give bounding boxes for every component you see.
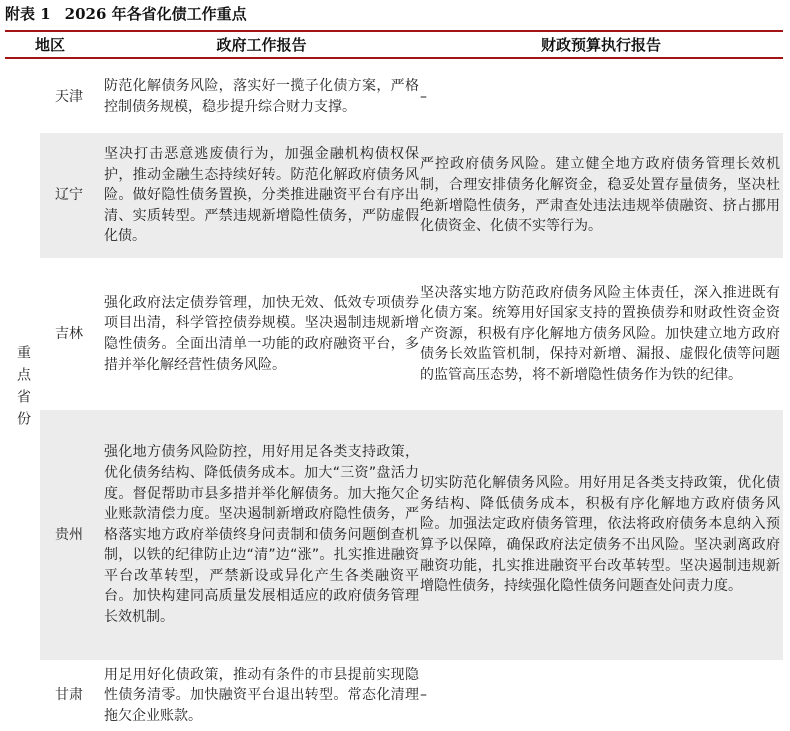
region-name: 辽宁 (55, 185, 83, 206)
table-row: 吉林 强化政府法定债券管理，加快无效、低效专项债券项目出清，科学管控债券规模。坚… (40, 258, 783, 410)
fiscal-report-text: – (420, 87, 427, 108)
region-name: 吉林 (55, 324, 83, 345)
region-cell: 贵州 (40, 410, 98, 660)
gov-report-text: 用足用好化债政策，推动有条件的市县提前实现隐性债务清零。加快融资平台退出转型。常… (104, 665, 419, 727)
fiscal-report-cell: – (420, 61, 780, 133)
region-cell: 天津 (40, 61, 98, 133)
region-cell: 甘肃 (40, 660, 98, 731)
gov-report-cell: 强化政府法定债券管理，加快无效、低效专项债券项目出清，科学管控债券规模。坚决遏制… (104, 258, 419, 410)
column-header-fiscal-report: 财政预算执行报告 (420, 34, 782, 56)
table-row: 贵州 强化地方债务风险防控，用好用足各类支持政策，优化债务结构、降低债务成本。加… (40, 410, 783, 660)
region-name: 天津 (55, 87, 83, 108)
region-cell: 辽宁 (40, 133, 98, 258)
group-label-key-provinces: 重点省份 (10, 345, 34, 433)
table-row: 甘肃 用足用好化债政策，推动有条件的市县提前实现隐性债务清零。加快融资平台退出转… (40, 660, 783, 731)
gov-report-cell: 用足用好化债政策，推动有条件的市县提前实现隐性债务清零。加快融资平台退出转型。常… (104, 660, 419, 731)
table-number: 附表 1 (5, 5, 51, 23)
table-title: 附表 12026 年各省化债工作重点 (5, 4, 247, 24)
fiscal-report-text: 严控政府债务风险。建立健全地方政府债务管理长效机制，合理安排债务化解资金，稳妥处… (420, 154, 780, 236)
fiscal-report-cell: 严控政府债务风险。建立健全地方政府债务管理长效机制，合理安排债务化解资金，稳妥处… (420, 133, 780, 258)
region-name: 甘肃 (55, 685, 83, 706)
fiscal-report-text: 坚决落实地方防范政府债务风险主体责任，深入推进既有化债方案。统筹用好国家支持的置… (420, 283, 780, 386)
gov-report-cell: 防范化解债务风险，落实好一揽子化债方案，严格控制债务规模，稳步提升综合财力支撑。 (104, 61, 419, 133)
table-row: 天津 防范化解债务风险，落实好一揽子化债方案，严格控制债务规模，稳步提升综合财力… (40, 61, 783, 133)
region-name: 贵州 (55, 525, 83, 546)
gov-report-text: 防范化解债务风险，落实好一揽子化债方案，严格控制债务规模，稳步提升综合财力支撑。 (104, 76, 419, 117)
fiscal-report-cell: 切实防范化解债务风险。用好用足各类支持政策，优化债务结构、降低债务成本，积极有序… (420, 410, 780, 660)
column-header-region: 地区 (20, 34, 80, 56)
gov-report-text: 坚决打击恶意逃废债行为，加强金融机构债权保护，推动金融生态持续好转。防范化解政府… (104, 144, 419, 247)
table-title-text: 2026 年各省化债工作重点 (65, 5, 247, 23)
header-bottom-rule (5, 57, 783, 59)
table-row: 辽宁 坚决打击恶意逃废债行为，加强金融机构债权保护，推动金融生态持续好转。防范化… (40, 133, 783, 258)
gov-report-text: 强化地方债务风险防控，用好用足各类支持政策，优化债务结构、降低债务成本。加大“三… (104, 442, 419, 627)
header-top-rule (5, 30, 783, 32)
fiscal-report-cell: 坚决落实地方防范政府债务风险主体责任，深入推进既有化债方案。统筹用好国家支持的置… (420, 258, 780, 410)
gov-report-cell: 坚决打击恶意逃废债行为，加强金融机构债权保护，推动金融生态持续好转。防范化解政府… (104, 133, 419, 258)
fiscal-report-text: 切实防范化解债务风险。用好用足各类支持政策，优化债务结构、降低债务成本，积极有序… (420, 473, 780, 597)
region-cell: 吉林 (40, 258, 98, 410)
gov-report-text: 强化政府法定债券管理，加快无效、低效专项债券项目出清，科学管控债券规模。坚决遏制… (104, 293, 419, 375)
fiscal-report-cell: – (420, 660, 780, 731)
column-header-gov-report: 政府工作报告 (104, 34, 419, 56)
fiscal-report-text: – (420, 685, 427, 706)
gov-report-cell: 强化地方债务风险防控，用好用足各类支持政策，优化债务结构、降低债务成本。加大“三… (104, 410, 419, 660)
